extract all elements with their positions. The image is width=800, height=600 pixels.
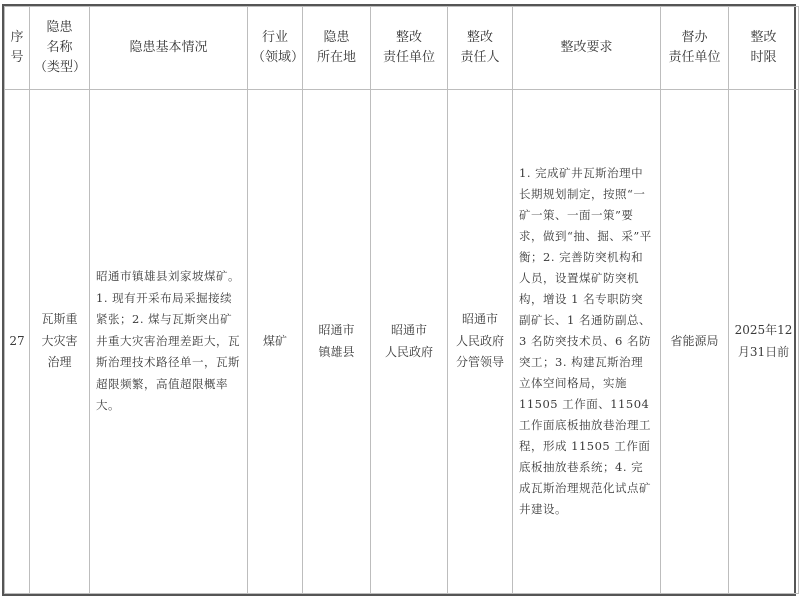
header-row: 序 号 隐患 名称 （类型） 隐患基本情况 行业 （领域） 隐患 所在地 整改 … (5, 7, 799, 90)
cell-responsible-person: 昭通市 人民政府 分管领导 (448, 90, 513, 594)
header-basic-situation: 隐患基本情况 (90, 7, 248, 90)
header-responsible-unit: 整改 责任单位 (371, 7, 448, 90)
header-hazard-name: 隐患 名称 （类型） (30, 7, 90, 90)
header-seq: 序 号 (5, 7, 30, 90)
header-location: 隐患 所在地 (303, 7, 371, 90)
cell-seq: 27 (5, 90, 30, 594)
header-supervising-unit: 督办 责任单位 (661, 7, 729, 90)
cell-location: 昭通市 镇雄县 (303, 90, 371, 594)
header-responsible-person: 整改 责任人 (448, 7, 513, 90)
cell-deadline: 2025年12 月31日前 (729, 90, 799, 594)
header-requirements: 整改要求 (513, 7, 661, 90)
cell-basic-situation: 昭通市镇雄县刘家坡煤矿。1. 现有开采布局采掘接续紧张；2. 煤与瓦斯突出矿井重… (90, 90, 248, 594)
table-row: 27 瓦斯重 大灾害 治理 昭通市镇雄县刘家坡煤矿。1. 现有开采布局采掘接续紧… (5, 90, 799, 594)
cell-supervising-unit: 省能源局 (661, 90, 729, 594)
cell-requirements: 1. 完成矿井瓦斯治理中长期规划制定，按照“一矿一策、一面一策”要求，做到“抽、… (513, 90, 661, 594)
cell-industry: 煤矿 (248, 90, 303, 594)
hazard-rectification-table: 序 号 隐患 名称 （类型） 隐患基本情况 行业 （领域） 隐患 所在地 整改 … (4, 6, 799, 594)
cell-hazard-name: 瓦斯重 大灾害 治理 (30, 90, 90, 594)
header-industry: 行业 （领域） (248, 7, 303, 90)
cell-responsible-unit: 昭通市 人民政府 (371, 90, 448, 594)
hazard-rectification-table-frame: 序 号 隐患 名称 （类型） 隐患基本情况 行业 （领域） 隐患 所在地 整改 … (2, 4, 796, 596)
header-deadline: 整改 时限 (729, 7, 799, 90)
